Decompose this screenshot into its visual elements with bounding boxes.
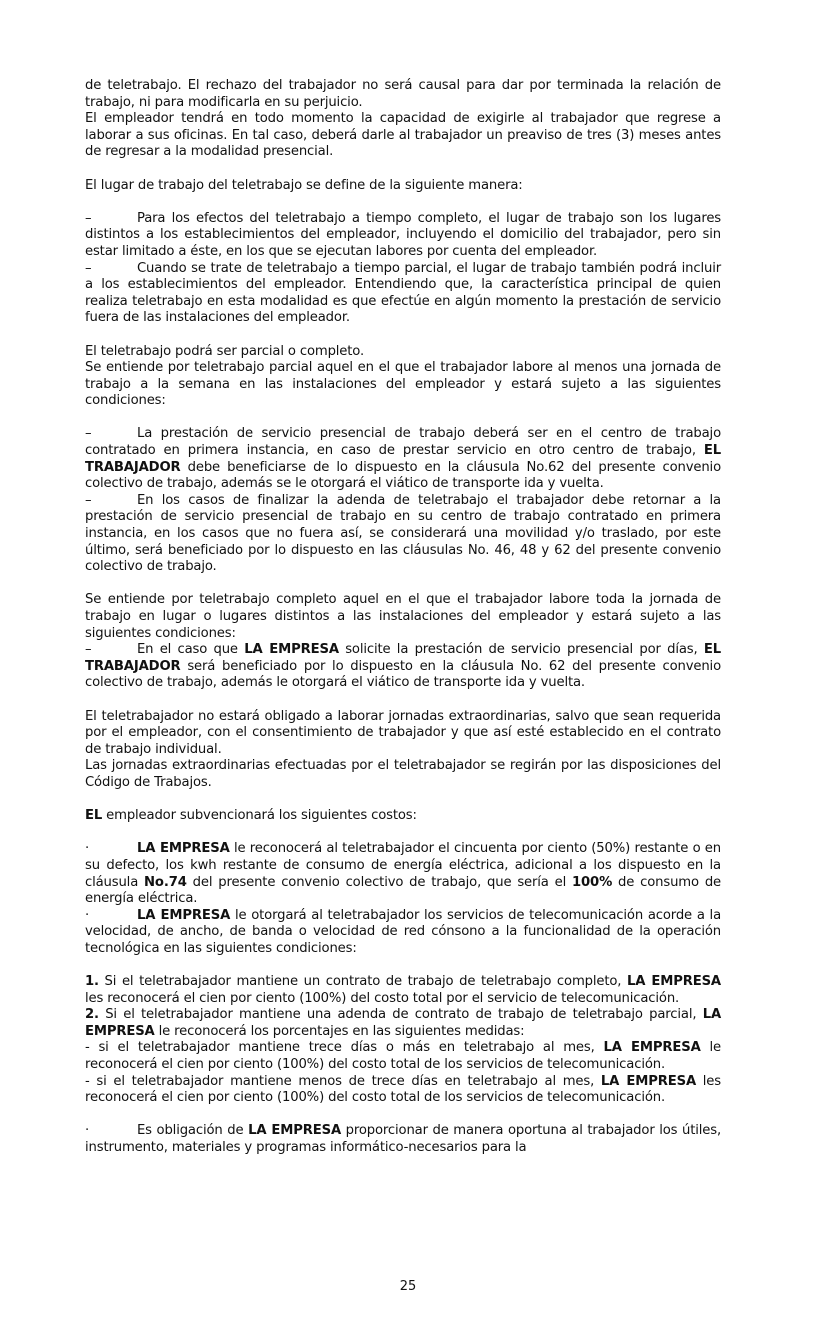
percentage: 100% [572,875,612,890]
term-la-empresa: LA EMPRESA [248,1123,341,1138]
dash-marker: – [85,261,137,278]
document-page: de teletrabajo. El rechazo del trabajado… [85,78,721,1157]
paragraph: de teletrabajo. El rechazo del trabajado… [85,78,721,111]
term-la-empresa: LA EMPRESA [627,974,721,989]
list-item-text: En los casos de finalizar la adenda de t… [85,493,721,574]
term-la-empresa: LA EMPRESA [603,1040,700,1055]
dash-list-item: –La prestación de servicio presencial de… [85,426,721,492]
dash-marker: – [85,642,137,659]
numbered-item: 2. Si el teletrabajador mantiene una ade… [85,1007,721,1040]
sub-item: - si el teletrabajador mantiene trece dí… [85,1040,721,1073]
item-text: - si el teletrabajador mantiene trece dí… [85,1040,603,1055]
clause-reference: No.74 [144,875,187,890]
numbered-item: 1. Si el teletrabajador mantiene un cont… [85,974,721,1007]
dash-list-item: –Cuando se trate de teletrabajo a tiempo… [85,261,721,327]
list-item-text: solicite la prestación de servicio prese… [339,642,704,657]
dot-list-item: ·LA EMPRESA le otorgará al teletrabajado… [85,908,721,958]
item-text: le reconocerá los porcentajes en las sig… [155,1024,525,1039]
paragraph: El teletrabajador no estará obligado a l… [85,709,721,759]
term-la-empresa: LA EMPRESA [137,908,230,923]
item-text: Si el teletrabajador mantiene un contrat… [99,974,627,989]
dot-list-item: ·LA EMPRESA le reconocerá al teletrabaja… [85,841,721,907]
list-item-text: Cuando se trate de teletrabajo a tiempo … [85,261,721,326]
paragraph: EL empleador subvencionará los siguiente… [85,808,721,825]
paragraph: Las jornadas extraordinarias efectuadas … [85,758,721,791]
term-la-empresa: LA EMPRESA [244,642,339,657]
paragraph-text: empleador subvencionará los siguientes c… [102,808,417,823]
dash-marker: – [85,426,137,443]
dash-list-item: –En el caso que LA EMPRESA solicite la p… [85,642,721,692]
list-item-text: debe beneficiarse de lo dispuesto en la … [85,460,721,492]
list-item-text: Es obligación de [137,1123,248,1138]
paragraph: Se entiende por teletrabajo parcial aque… [85,360,721,410]
term-la-empresa: LA EMPRESA [601,1074,696,1089]
dash-marker: – [85,211,137,228]
term-la-empresa: LA EMPRESA [137,841,230,856]
item-text: - si el teletrabajador mantiene menos de… [85,1074,601,1089]
dash-list-item: –Para los efectos del teletrabajo a tiem… [85,211,721,261]
list-item-text: Para los efectos del teletrabajo a tiemp… [85,211,721,259]
dash-list-item: –En los casos de finalizar la adenda de … [85,493,721,576]
dot-marker: · [85,908,137,925]
paragraph: El empleador tendrá en todo momento la c… [85,111,721,161]
dot-marker: · [85,1123,137,1140]
item-number: 1. [85,974,99,989]
item-text: les reconocerá el cien por ciento (100%)… [85,991,679,1006]
page-number: 25 [0,1279,816,1294]
paragraph: El teletrabajo podrá ser parcial o compl… [85,344,721,361]
sub-item: - si el teletrabajador mantiene menos de… [85,1074,721,1107]
paragraph: El lugar de trabajo del teletrabajo se d… [85,178,721,195]
list-item-text: del presente convenio colectivo de traba… [187,875,572,890]
dash-marker: – [85,493,137,510]
list-item-text: En el caso que [137,642,244,657]
paragraph: Se entiende por teletrabajo completo aqu… [85,592,721,642]
list-item-text: será beneficiado por lo dispuesto en la … [85,659,721,691]
item-text: Si el teletrabajador mantiene una adenda… [99,1007,703,1022]
term-el: EL [85,808,102,823]
dot-list-item: ·Es obligación de LA EMPRESA proporciona… [85,1123,721,1156]
item-number: 2. [85,1007,99,1022]
list-item-text: La prestación de servicio presencial de … [85,426,721,458]
dot-marker: · [85,841,137,858]
